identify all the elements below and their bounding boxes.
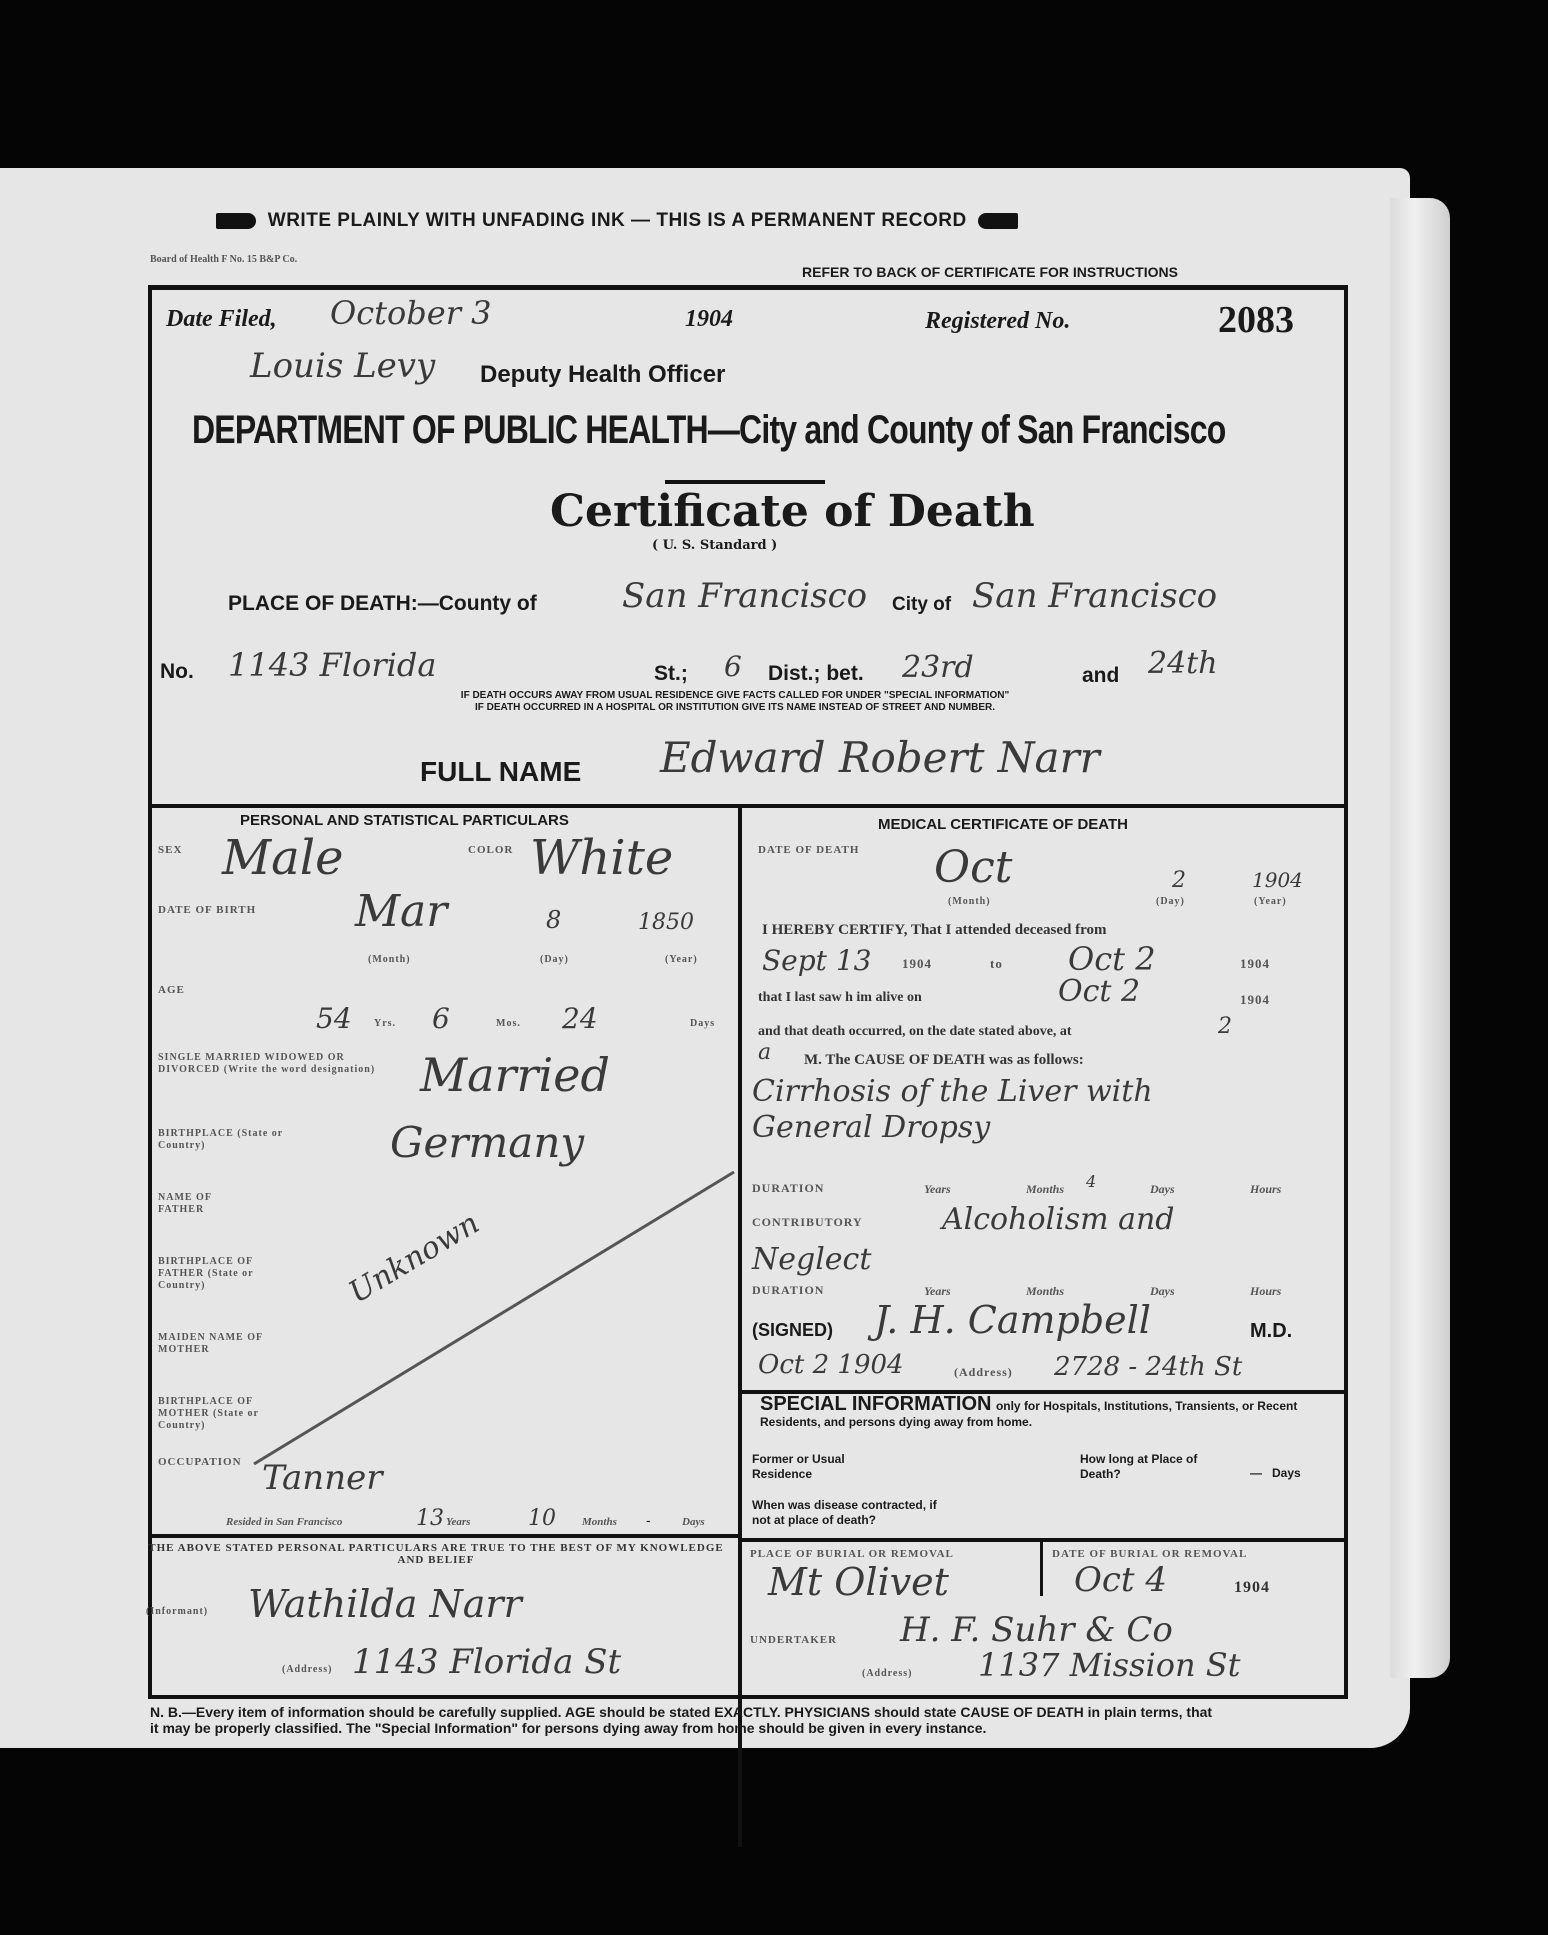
between-street-2: 24th bbox=[1148, 646, 1218, 681]
officer-title: Deputy Health Officer bbox=[480, 361, 725, 389]
dob-year: 1850 bbox=[638, 910, 694, 935]
age-months-caption: Mos. bbox=[496, 1018, 521, 1030]
department-title: DEPARTMENT OF PUBLIC HEALTH—City and Cou… bbox=[192, 408, 1272, 453]
county-value: San Francisco bbox=[622, 576, 867, 616]
color-label: COLOR bbox=[468, 844, 513, 856]
personal-heading: PERSONAL AND STATISTICAL PARTICULARS bbox=[240, 812, 569, 829]
title-divider bbox=[665, 480, 825, 484]
dob-label: DATE OF BIRTH bbox=[158, 904, 256, 916]
burial-place-value: Mt Olivet bbox=[768, 1560, 949, 1604]
attended-to-year: 1904 bbox=[1240, 958, 1270, 970]
full-name-value: Edward Robert Narr bbox=[660, 733, 1100, 782]
date-filed-label: Date Filed, bbox=[166, 306, 277, 333]
contracted-label: When was disease contracted, if not at p… bbox=[752, 1498, 952, 1528]
dod-year: 1904 bbox=[1252, 868, 1303, 892]
strike-through-line bbox=[250, 1168, 740, 1468]
dob-month: Mar bbox=[355, 886, 447, 937]
place-of-death-label: PLACE OF DEATH:—County of bbox=[228, 592, 537, 616]
special-heading-title: SPECIAL INFORMATION bbox=[760, 1393, 991, 1415]
undertaker-value: H. F. Suhr & Co bbox=[900, 1610, 1173, 1650]
banner: WRITE PLAINLY WITH UNFADING INK — THIS I… bbox=[210, 210, 1024, 232]
attended-to: Oct 2 bbox=[1068, 940, 1156, 978]
burial-date-label: DATE OF BURIAL OR REMOVAL bbox=[1052, 1548, 1247, 1560]
resided-years-caption: Years bbox=[446, 1516, 470, 1528]
pointing-hand-icon bbox=[216, 213, 256, 229]
dod-day: 2 bbox=[1172, 868, 1186, 893]
occupation-label: OCCUPATION bbox=[158, 1456, 242, 1468]
to-label: to bbox=[990, 958, 1003, 970]
city-value: San Francisco bbox=[972, 576, 1217, 616]
father-name-label: NAME OF FATHER bbox=[158, 1192, 238, 1216]
informant-label: (Informant) bbox=[146, 1606, 208, 1618]
age-years: 54 bbox=[316, 1002, 352, 1035]
residence-note: IF DEATH OCCURS AWAY FROM USUAL RESIDENC… bbox=[300, 690, 1170, 714]
full-name-label: FULL NAME bbox=[420, 756, 581, 788]
dob-day: 8 bbox=[546, 906, 561, 934]
attended-from-year: 1904 bbox=[902, 958, 932, 970]
duration-months: 4 bbox=[1086, 1172, 1096, 1191]
filed-year: 1904 bbox=[685, 306, 733, 333]
pointing-hand-icon bbox=[978, 213, 1018, 229]
certificate-title: Certificate of Death bbox=[550, 486, 1035, 537]
duration-hours-caption: Hours bbox=[1250, 1182, 1281, 1197]
birthplace-label: BIRTHPLACE (State or Country) bbox=[158, 1128, 298, 1152]
occurred-text: and that death occurred, on the date sta… bbox=[758, 1024, 1072, 1040]
informant-address-label: (Address) bbox=[282, 1664, 332, 1676]
contributory-value: Alcoholism and Neglect bbox=[752, 1200, 1252, 1280]
resided-years: 13 bbox=[416, 1506, 444, 1531]
signed-date: Oct 2 1904 bbox=[758, 1350, 904, 1380]
duration2-months-caption: Months bbox=[1026, 1284, 1064, 1299]
sex-label: SEX bbox=[158, 844, 182, 856]
how-long-days-label: Days bbox=[1272, 1466, 1301, 1480]
undertaker-label: UNDERTAKER bbox=[750, 1634, 837, 1646]
death-time: 2 bbox=[1218, 1014, 1232, 1039]
marital-value: Married bbox=[420, 1048, 610, 1102]
physician-signature: J. H. Campbell bbox=[874, 1298, 1151, 1342]
standard-note: ( U. S. Standard ) bbox=[652, 538, 777, 553]
last-saw-label: that I last saw h im alive on bbox=[758, 990, 922, 1006]
resided-days-caption: Days bbox=[682, 1516, 705, 1528]
duration2-days-caption: Days bbox=[1150, 1284, 1175, 1299]
signed-label: (SIGNED) bbox=[752, 1320, 833, 1341]
dod-day-caption: (Day) bbox=[1156, 896, 1185, 908]
certificate-page: WRITE PLAINLY WITH UNFADING INK — THIS I… bbox=[0, 168, 1410, 1748]
special-heading: SPECIAL INFORMATION only for Hospitals, … bbox=[760, 1396, 1330, 1430]
between-street-1: 23rd bbox=[902, 650, 974, 685]
st-label: St.; bbox=[654, 662, 688, 686]
duration2-hours-caption: Hours bbox=[1250, 1284, 1281, 1299]
former-residence-label: Former or Usual Residence bbox=[752, 1452, 852, 1482]
cause-value: Cirrhosis of the Liver with General Drop… bbox=[752, 1074, 1272, 1146]
duration2-label: DURATION bbox=[752, 1284, 824, 1296]
district-value: 6 bbox=[724, 650, 742, 683]
physician-address-label: (Address) bbox=[954, 1366, 1013, 1378]
age-days-caption: Days bbox=[690, 1018, 715, 1030]
resided-days: - bbox=[646, 1512, 651, 1528]
death-ampm: a bbox=[758, 1040, 771, 1065]
burial-date-value: Oct 4 bbox=[1074, 1560, 1167, 1600]
color-value: White bbox=[530, 830, 673, 886]
age-label: AGE bbox=[158, 984, 185, 996]
registered-number: 2083 bbox=[1218, 298, 1294, 342]
cause-text: M. The CAUSE OF DEATH was as follows: bbox=[804, 1052, 1084, 1069]
and-label: and bbox=[1082, 664, 1119, 688]
marital-label: SINGLE MARRIED WIDOWED OR DIVORCED (Writ… bbox=[158, 1052, 378, 1076]
officer-signature: Louis Levy bbox=[250, 346, 435, 386]
undertaker-address: 1137 Mission St bbox=[978, 1646, 1241, 1684]
age-years-caption: Yrs. bbox=[374, 1018, 396, 1030]
medical-heading: MEDICAL CERTIFICATE OF DEATH bbox=[878, 816, 1128, 833]
burial-column-divider bbox=[1040, 1540, 1043, 1596]
district-label: Dist.; bet. bbox=[768, 662, 864, 686]
duration-months-caption: Months bbox=[1026, 1182, 1064, 1197]
dod-month-caption: (Month) bbox=[948, 896, 991, 908]
certify-text: I HEREBY CERTIFY, That I attended deceas… bbox=[762, 922, 1107, 939]
street-number-value: 1143 Florida bbox=[228, 646, 436, 684]
duration-label: DURATION bbox=[752, 1182, 824, 1194]
informant-statement: THE ABOVE STATED PERSONAL PARTICULARS AR… bbox=[146, 1542, 726, 1566]
physician-address: 2728 - 24th St bbox=[1054, 1352, 1242, 1382]
city-label: City of bbox=[892, 594, 951, 616]
last-saw-year: 1904 bbox=[1240, 994, 1270, 1006]
year-caption: (Year) bbox=[665, 954, 698, 966]
registered-label: Registered No. bbox=[925, 308, 1070, 335]
informant-address: 1143 Florida St bbox=[352, 1642, 621, 1682]
attended-from: Sept 13 bbox=[762, 944, 871, 977]
duration-years-caption: Years bbox=[924, 1182, 951, 1197]
instructions-note: REFER TO BACK OF CERTIFICATE FOR INSTRUC… bbox=[802, 264, 1178, 280]
resided-label: Resided in San Francisco bbox=[226, 1516, 342, 1528]
md-label: M.D. bbox=[1250, 1320, 1292, 1343]
how-long-value: — bbox=[1250, 1466, 1262, 1480]
footer-note: N. B.—Every item of information should b… bbox=[150, 1704, 1220, 1736]
last-saw-value: Oct 2 bbox=[1058, 974, 1140, 1009]
how-long-label: How long at Place of Death? bbox=[1080, 1452, 1200, 1482]
month-caption: (Month) bbox=[368, 954, 411, 966]
section-divider bbox=[148, 804, 1344, 808]
street-no-label: No. bbox=[160, 660, 194, 684]
informant-divider bbox=[148, 1534, 740, 1538]
undertaker-address-label: (Address) bbox=[862, 1668, 912, 1680]
duration-days-caption: Days bbox=[1150, 1182, 1175, 1197]
informant-name: Wathilda Narr bbox=[248, 1582, 522, 1626]
sex-value: Male bbox=[222, 830, 344, 886]
resided-months: 10 bbox=[528, 1506, 556, 1531]
date-filed-value: October 3 bbox=[330, 294, 492, 332]
dod-year-caption: (Year) bbox=[1254, 896, 1287, 908]
birthplace-value: Germany bbox=[390, 1118, 584, 1167]
burial-place-label: PLACE OF BURIAL OR REMOVAL bbox=[750, 1548, 954, 1560]
day-caption: (Day) bbox=[540, 954, 569, 966]
occupation-value: Tanner bbox=[262, 1458, 382, 1498]
dod-month: Oct bbox=[934, 842, 1012, 893]
duration2-years-caption: Years bbox=[924, 1284, 951, 1299]
form-id: Board of Health F No. 15 B&P Co. bbox=[150, 254, 297, 266]
resided-months-caption: Months bbox=[582, 1516, 617, 1528]
age-months: 6 bbox=[432, 1002, 450, 1035]
age-days: 24 bbox=[562, 1002, 598, 1035]
burial-year-value: 1904 bbox=[1234, 1582, 1270, 1594]
dod-label: DATE OF DEATH bbox=[758, 844, 859, 856]
